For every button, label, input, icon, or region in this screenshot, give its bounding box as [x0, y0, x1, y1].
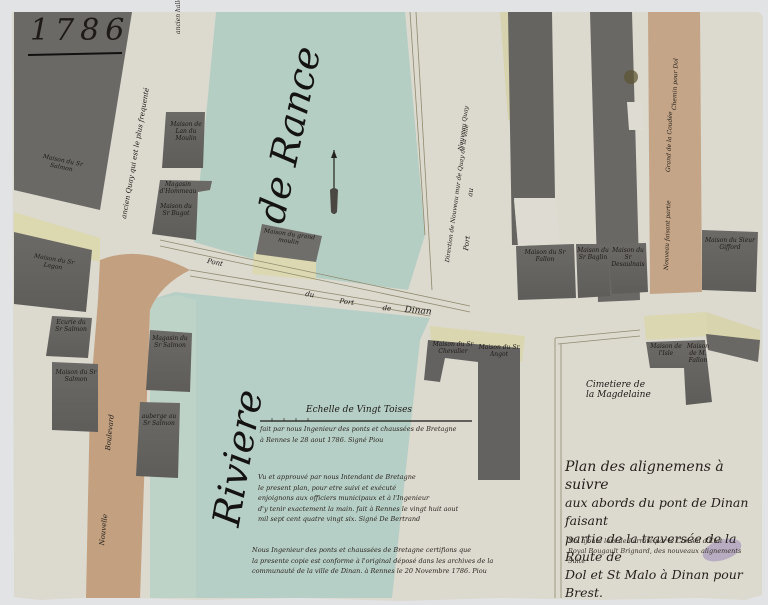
note-line: mil sept cent quatre vingt six. Signé De… — [258, 514, 508, 525]
note-paragraph-2: Vu et approuvé par nous Intendant de Bre… — [258, 472, 508, 525]
building-label: Maison du Sr Angot — [478, 345, 520, 359]
street-label-top-small: ancien halle — [176, 0, 183, 34]
map-title: Plan des alignemens à suivre aux abords … — [565, 458, 765, 602]
street-label-au: au — [466, 187, 475, 197]
building-label: Magasin du Sr Salmon — [150, 336, 190, 350]
map-year: 1786 — [30, 14, 130, 49]
building-label: Maison du Sr Chevalier — [430, 342, 476, 356]
street-label-dinan: Dinan — [404, 305, 432, 318]
building-label: Magasin d'Hommeau — [156, 182, 200, 196]
building-label: Maison du Sr Desaulnais — [609, 248, 647, 269]
building-label: Maison de M. Fallon — [684, 344, 712, 365]
title-line: Dol et St Malo à Dinan pour Brest. — [565, 566, 765, 602]
map-subtitle: No. ajouté lors de l'arrêté par le Conse… — [568, 536, 758, 566]
note-line: Nous Ingenieur des ponts et chaussées de… — [252, 545, 512, 556]
building-label: Ecurie du Sr Salmon — [52, 320, 90, 334]
title-line: Plan des alignemens à suivre — [565, 458, 765, 494]
map-stage: 1786 de Rance Riviere ancien Quay qui es… — [0, 0, 768, 605]
subtitle-line: Royal Bougault Brignard, des nouveaux al… — [568, 546, 758, 556]
scale-title: Echelle de Vingt Toises — [306, 405, 412, 415]
note-paragraph-1: fait par nous Ingenieur des ponts et cha… — [260, 424, 480, 445]
note-line: la presente copie est conforme à l'origi… — [252, 556, 512, 567]
subtitle-line: Suite — [568, 556, 758, 566]
note-line: Vu et approuvé par nous Intendant de Bre… — [258, 472, 508, 483]
building-label: Maison du Sieur Gifford — [704, 238, 756, 252]
building-label: Maison du Sr Bugot — [156, 204, 196, 218]
note-line: à Rennes le 28 aout 1786. Signé Piou — [260, 435, 480, 446]
street-label-de: de — [382, 304, 391, 313]
building-label: Maison de Lan du Moulin — [166, 122, 206, 143]
subtitle-line: No. ajouté lors de l'arrêté par le Conse… — [568, 536, 758, 546]
note-line: fait par nous Ingenieur des ponts et cha… — [260, 424, 480, 435]
building-label: auberge au Sr Salmon — [140, 414, 178, 428]
note-line: communauté de la ville de Dinan. à Renne… — [252, 566, 512, 577]
title-line: aux abords du pont de Dinan faisant — [565, 494, 765, 530]
building-label: Maison du Sr Salmon — [54, 370, 98, 384]
building-label: Maison du Sr Fallon — [517, 250, 573, 264]
building-label: Maison du Sr Baglin — [577, 248, 609, 262]
note-line: enjoignons aux officiers municipaux et à… — [258, 493, 508, 504]
street-label-du: du — [305, 290, 315, 299]
note-line: d'y tenir exactement la main. fait à Ren… — [258, 504, 508, 515]
building-label: Maison de l'Isle — [648, 344, 684, 358]
cemetery-label: Cimetiere de la Magdelaine — [586, 380, 656, 401]
note-line: le present plan, pour etre suivi et exéc… — [258, 483, 508, 494]
note-paragraph-3: Nous Ingenieur des ponts et chaussées de… — [252, 545, 512, 577]
